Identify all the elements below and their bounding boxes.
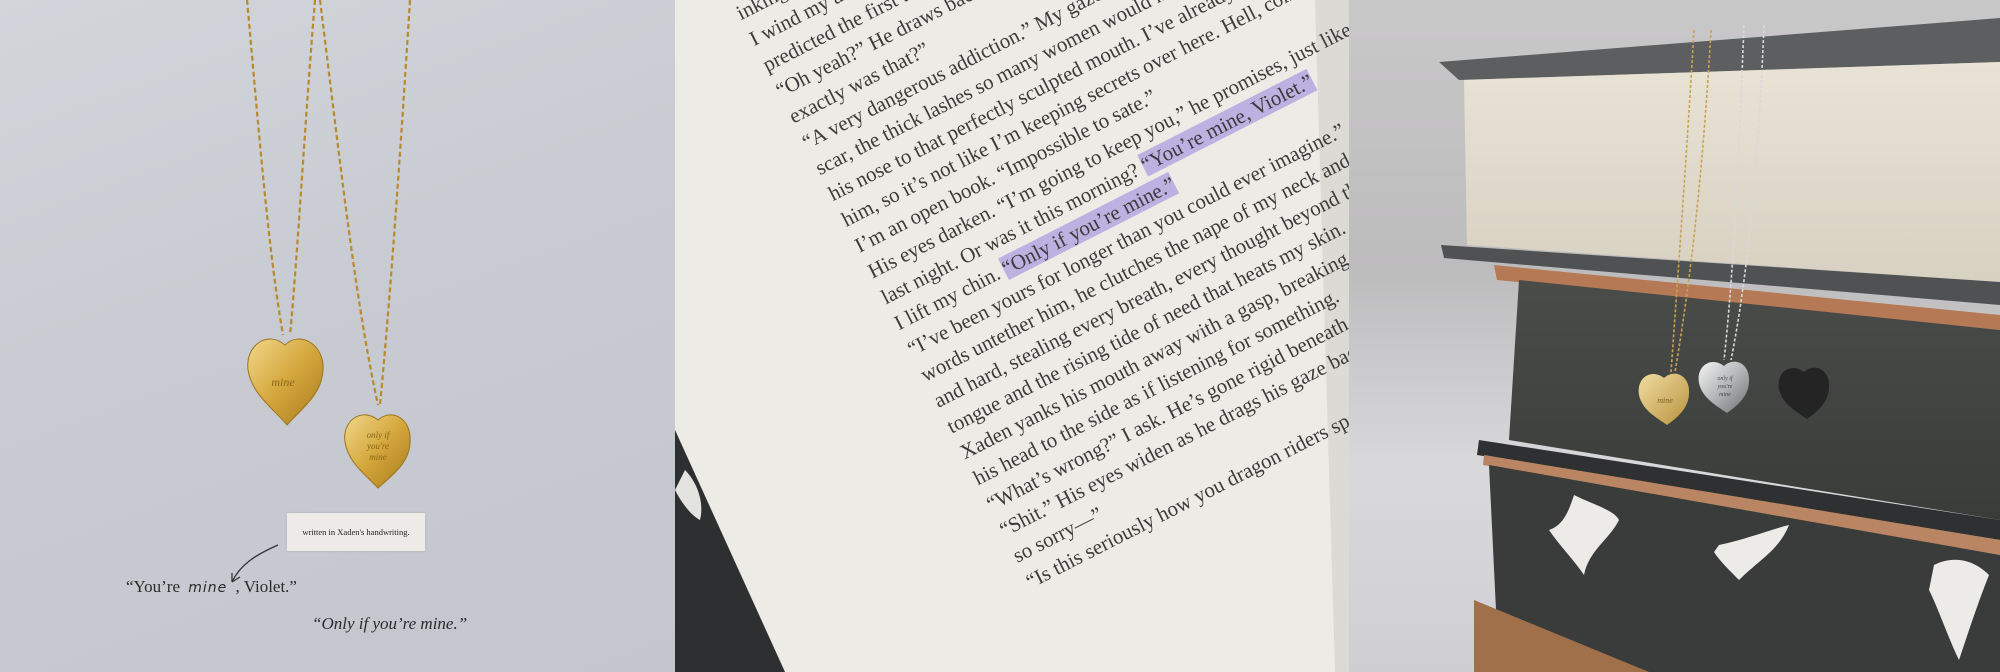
wall-necklaces-photo: mine only if you're mine written in Xade… xyxy=(0,0,675,672)
open-book-photo: is. He groans, one inking.” I wind my ar… xyxy=(675,0,1349,672)
svg-text:you're: you're xyxy=(366,441,389,451)
svg-text:you're: you're xyxy=(1717,384,1733,390)
svg-text:mine: mine xyxy=(1657,396,1673,405)
svg-text:mine: mine xyxy=(369,452,387,462)
book-stack-photo: mine only if you're mine xyxy=(1349,0,2000,672)
quote-handwritten-word: mine xyxy=(188,580,227,596)
quote-reply: “Only if you’re mine.” xyxy=(312,614,467,634)
svg-text:mine: mine xyxy=(1719,392,1731,398)
top-book-pages xyxy=(1464,62,2000,282)
photo-collage: mine only if you're mine written in Xade… xyxy=(0,0,2000,672)
handwriting-caption: written in Xaden's handwriting. xyxy=(287,513,425,551)
heart-pendant-mine: mine xyxy=(248,339,323,425)
svg-text:only if: only if xyxy=(367,430,391,440)
svg-text:only if: only if xyxy=(1717,375,1733,382)
quote-youre-mine: “You’re mine , Violet.” xyxy=(126,577,297,597)
quote-suffix: , Violet.” xyxy=(236,577,297,596)
heart-pendant-only-if-youre-mine: only if you're mine xyxy=(345,415,410,488)
quote-prefix: “You’re xyxy=(126,577,180,596)
svg-text:mine: mine xyxy=(271,375,295,389)
necklace-illustration: mine only if you're mine xyxy=(0,0,675,672)
